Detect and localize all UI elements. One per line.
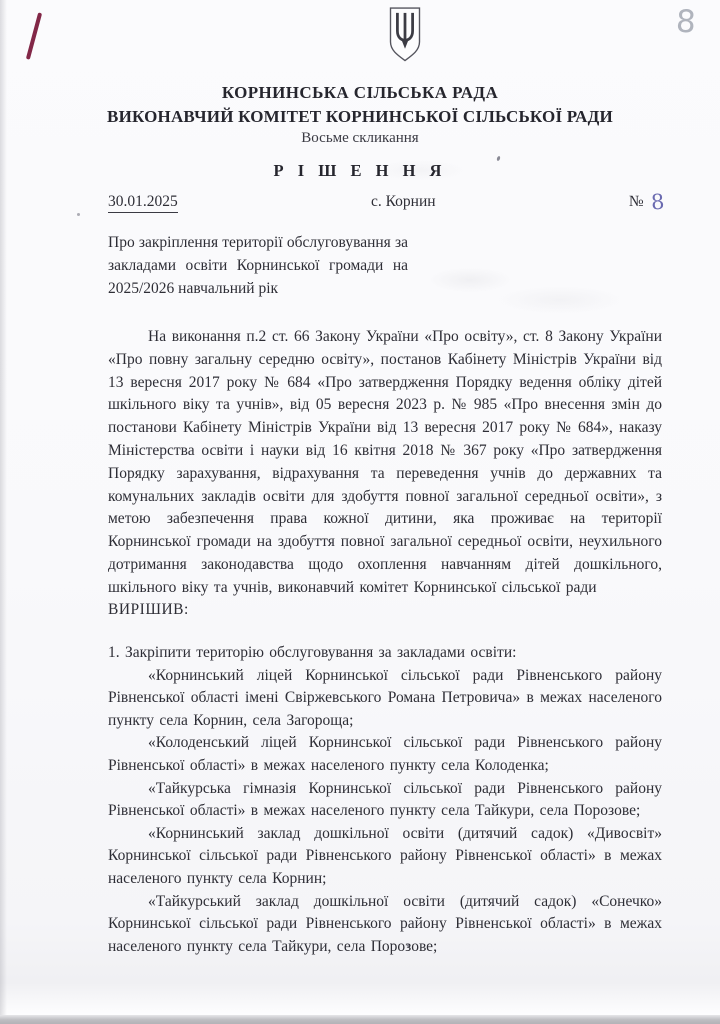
resolution-items: 1. Закріпити територію обслуговування за… [108, 642, 662, 958]
red-pen-slash-mark [26, 12, 42, 59]
school-territory-item: «Корнинський заклад дошкільної освіти (д… [108, 823, 662, 891]
convocation-line: Восьме скликання [0, 130, 720, 147]
preamble-paragraph: На виконання п.2 ст. 66 Закону України «… [108, 326, 662, 600]
document-place: с. Корнин [371, 193, 436, 211]
school-territory-item: «Тайкурський заклад дошкільної освіти (д… [108, 891, 662, 959]
document-meta-row: 30.01.2025 с. Корнин № 8 [108, 193, 664, 213]
school-territory-item: «Корнинський ліцей Корнинської сільської… [108, 665, 662, 733]
ukraine-trident-emblem-icon [383, 6, 427, 64]
council-name: КОРНИНСЬКА СІЛЬСЬКА РАДА [0, 83, 720, 103]
pencil-page-number: 8 [675, 4, 697, 41]
school-territory-item: «Колоденський ліцей Корнинської сільсько… [108, 732, 662, 777]
handwritten-document-number: 8 [650, 193, 665, 212]
scan-speck [77, 213, 80, 216]
school-territory-item: «Тайкурська гімназія Корнинської сільськ… [108, 778, 662, 823]
document-type-title: Р І Ш Е Н Н Я [0, 161, 720, 181]
document-date: 30.01.2025 [108, 193, 178, 213]
resolution-heading: ВИРІШИВ: [108, 601, 189, 619]
executive-committee-name: ВИКОНАВЧИЙ КОМІТЕТ КОРНИНСЬКОЇ СІЛЬСЬКОЇ… [0, 107, 720, 127]
document-number: № 8 [629, 193, 664, 211]
subject-block: Про закріплення території обслуговування… [108, 231, 408, 300]
scanned-document-page: 8 КОРНИНСЬКА СІЛЬСЬКА РАДА ВИКОНАВЧИЙ КО… [0, 0, 720, 1024]
number-sign: № [629, 193, 644, 211]
resolution-point-1: 1. Закріпити територію обслуговування за… [108, 642, 662, 665]
scan-bottom-edge [0, 1015, 720, 1024]
